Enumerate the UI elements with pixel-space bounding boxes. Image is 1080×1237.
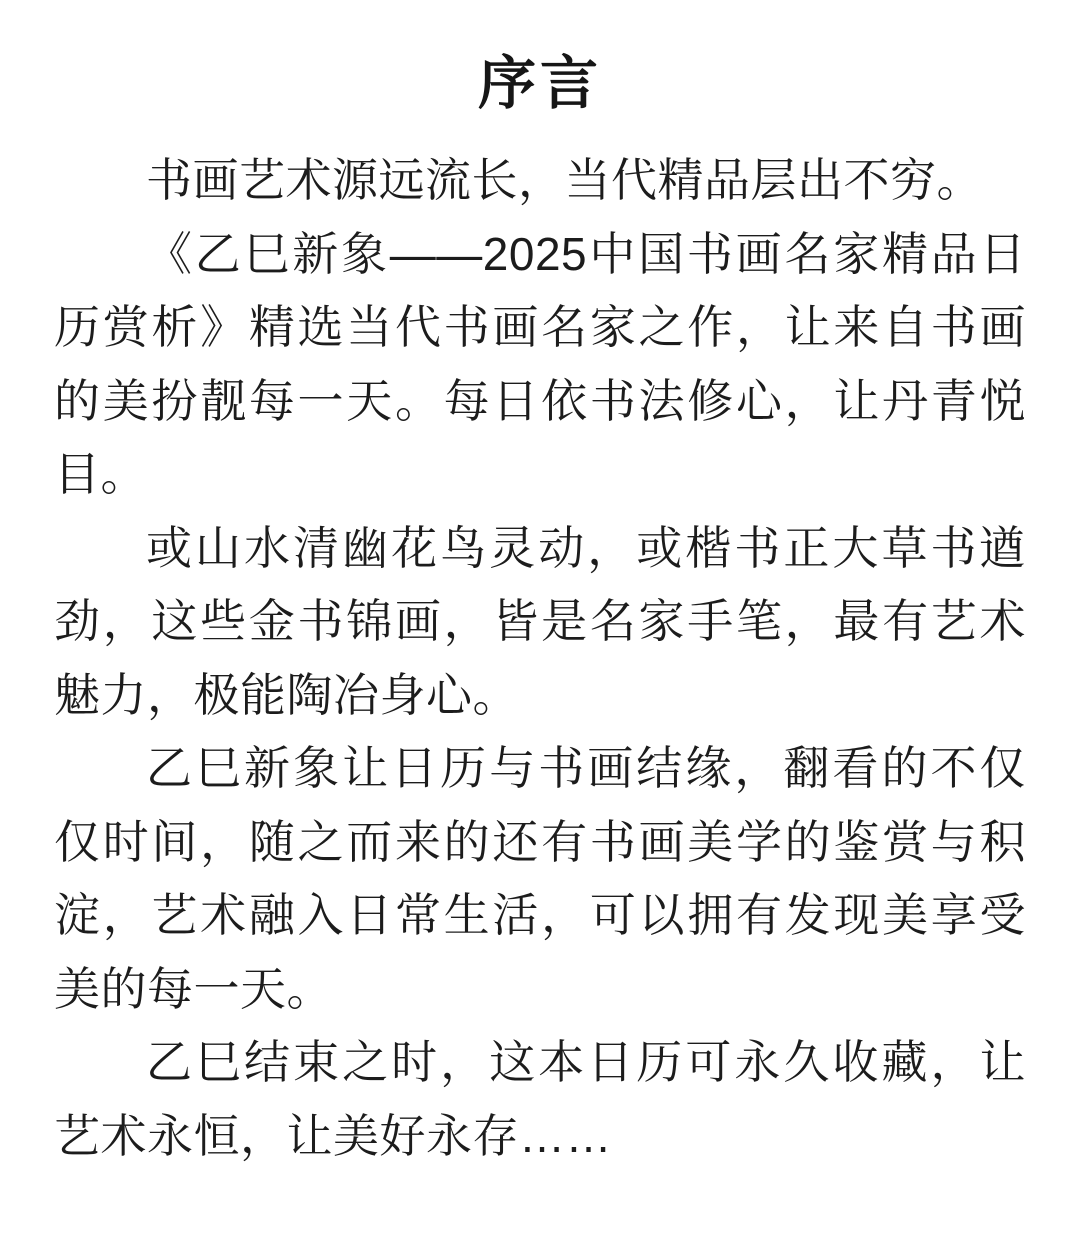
preface-body: 书画艺术源远流长，当代精品层出不穷。《乙巳新象——2025中国书画名家精品日历赏… [54, 144, 1026, 1173]
paragraph: 乙巳新象让日历与书画结缘，翻看的不仅仅时间，随之而来的还有书画美学的鉴赏与积淀，… [54, 732, 1026, 1026]
preface-page: 序言 书画艺术源远流长，当代精品层出不穷。《乙巳新象——2025中国书画名家精品… [0, 0, 1080, 1237]
paragraph: 《乙巳新象——2025中国书画名家精品日历赏析》精选当代书画名家之作，让来自书画… [54, 218, 1026, 512]
paragraph: 乙巳结束之时，这本日历可永久收藏，让艺术永恒，让美好永存…… [54, 1026, 1026, 1173]
paragraph: 书画艺术源远流长，当代精品层出不穷。 [54, 144, 1026, 218]
page-title: 序言 [54, 46, 1026, 122]
paragraph: 或山水清幽花鸟灵动，或楷书正大草书遒劲，这些金书锦画，皆是名家手笔，最有艺术魅力… [54, 512, 1026, 733]
